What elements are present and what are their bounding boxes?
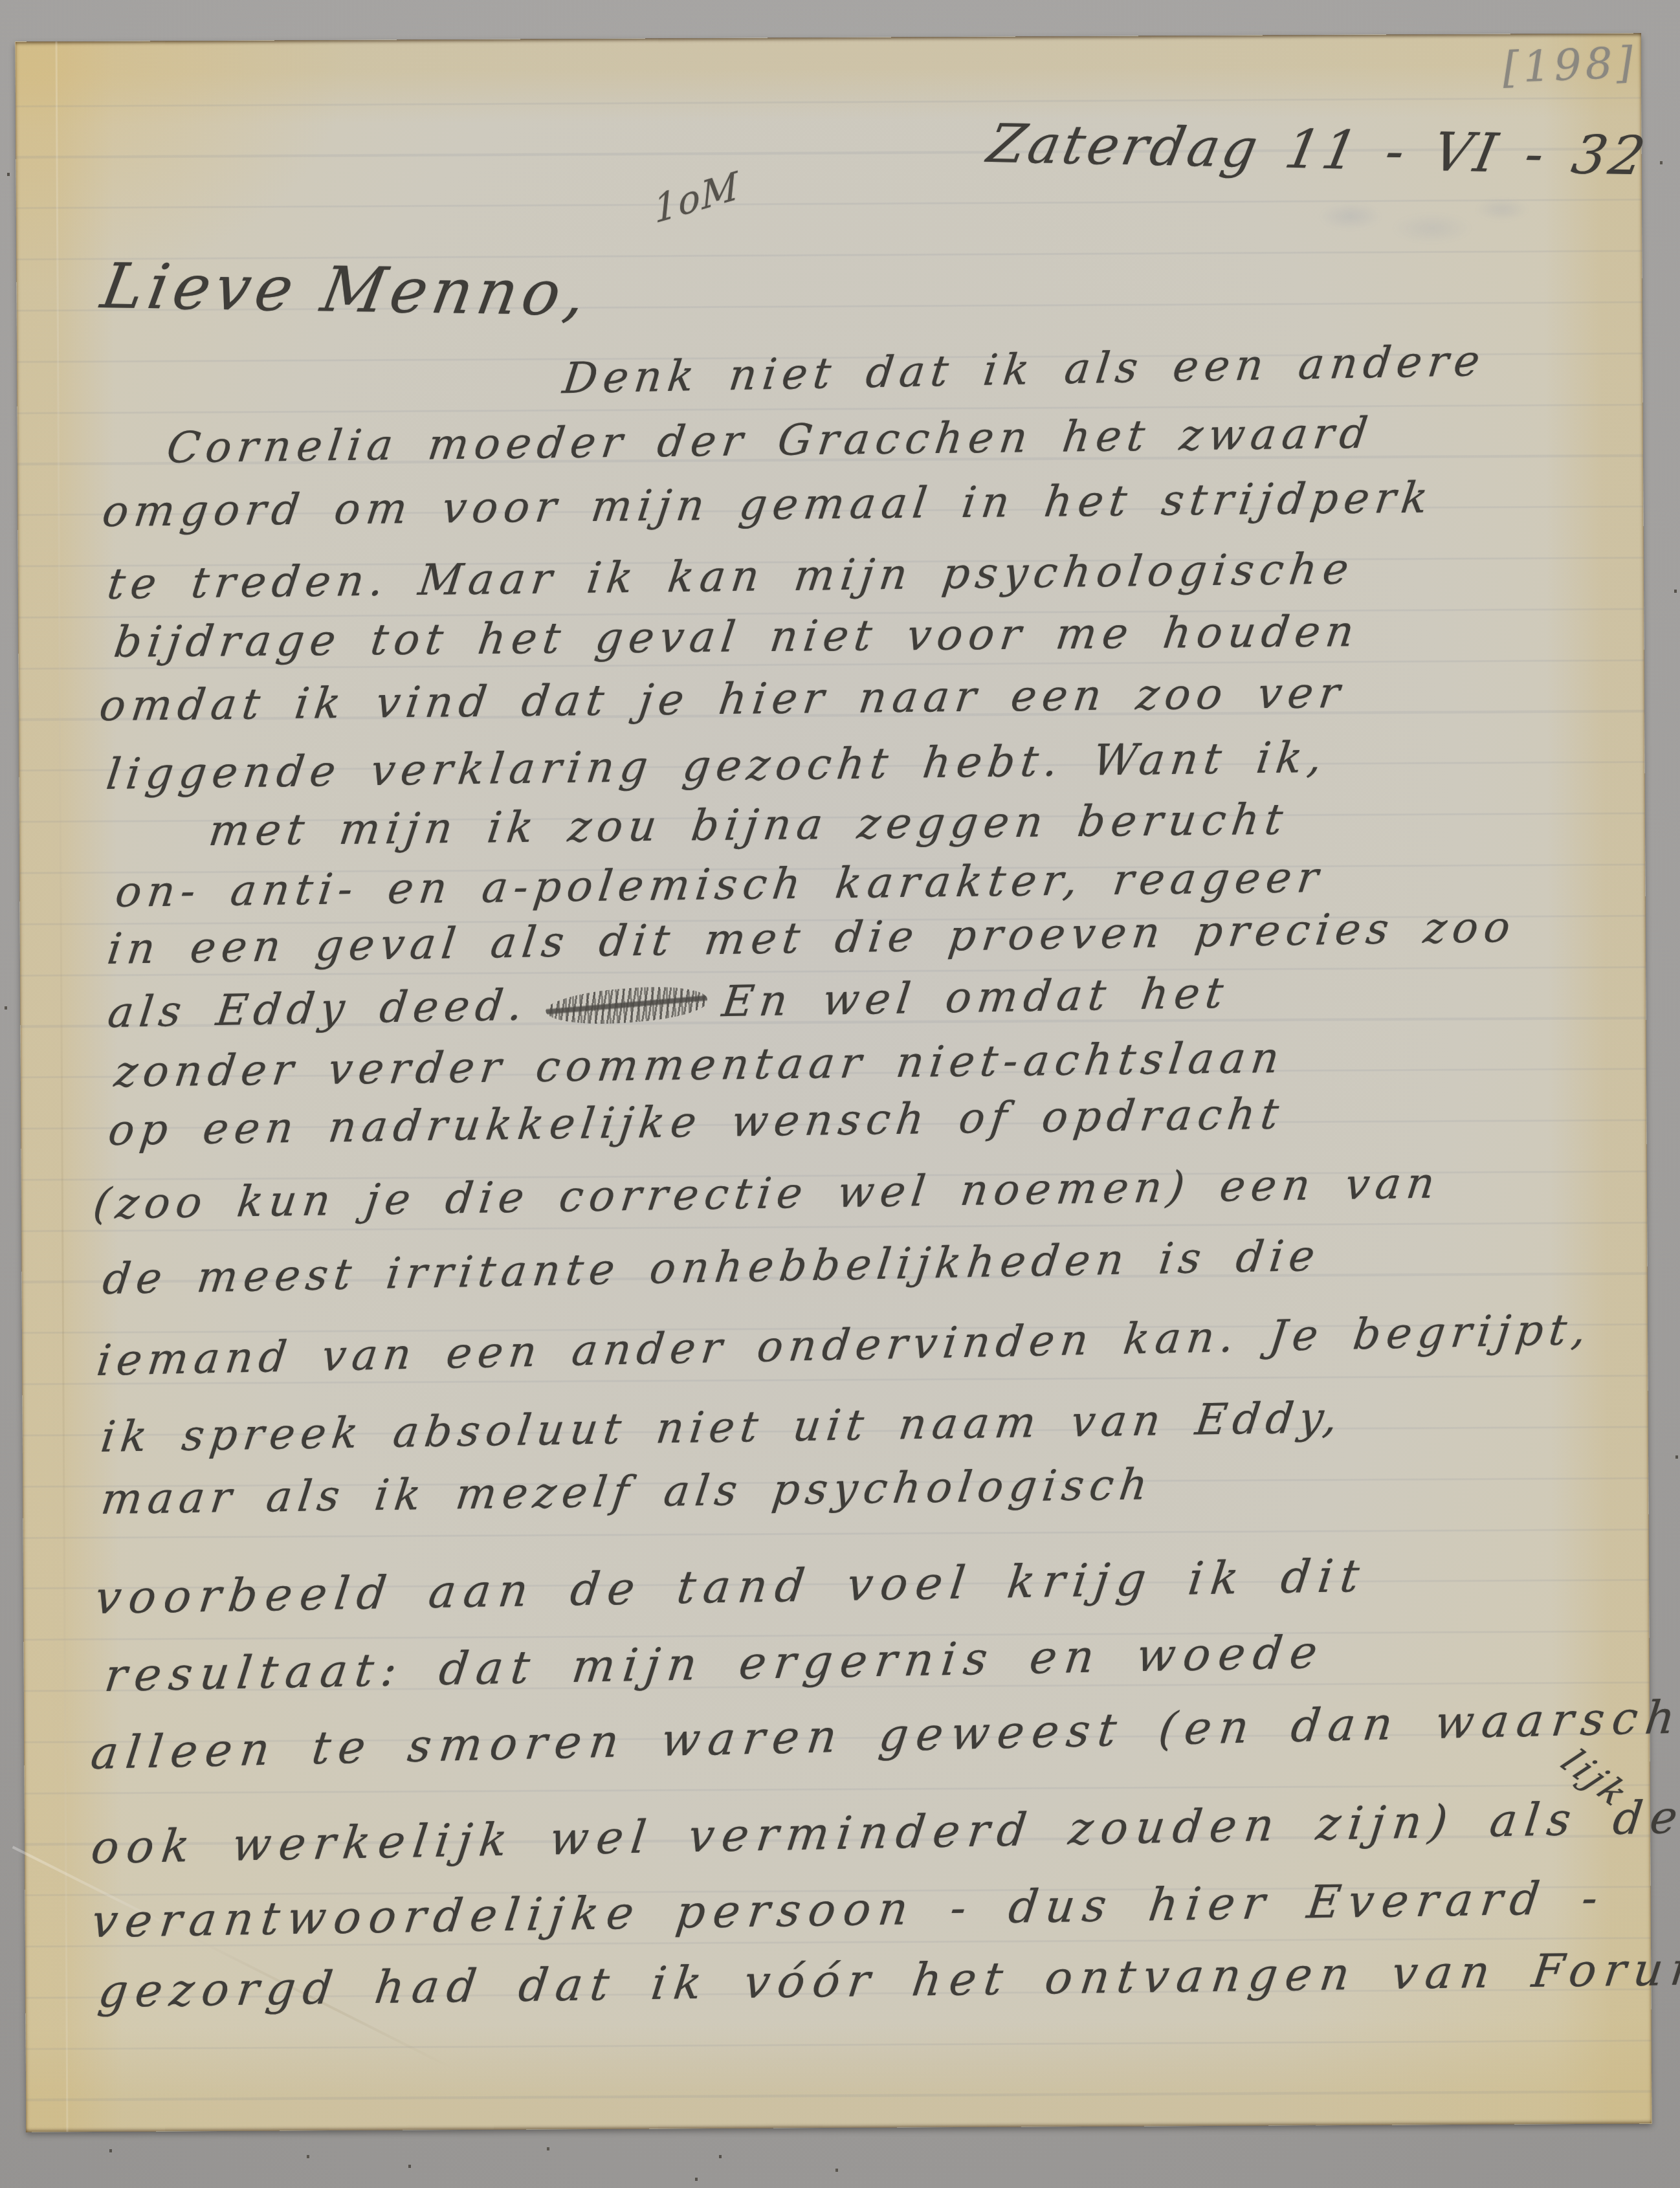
body-line: liggende verklaring gezocht hebt. Want i… [104,736,1330,796]
date-line: Zaterdag 11 - VI - 32 [983,113,1653,188]
paper-crease [56,41,69,2132]
letter-paper: [198] Zaterdag 11 - VI - 32 1oM Lieve Me… [16,33,1652,2132]
archival-page-number: [198] [1501,38,1637,93]
body-line: ook werkelijk wel verminderd zouden zijn… [89,1795,1680,1870]
body-line: bijdrage tot het geval niet voor me houd… [112,610,1362,664]
body-line: voorbeeld aan de tand voel krijg ik dit [93,1553,1369,1620]
body-line: omgord om voor mijn gemaal in het strijd… [100,476,1436,533]
body-line: zonder verder commentaar niet-achtslaan [112,1037,1287,1094]
body-line: ik spreek absoluut niet uit naam van Edd… [98,1397,1345,1459]
struck-out-word [545,981,709,1030]
body-line-text: En wel omdat het [720,968,1232,1027]
body-line: de meest irritante onhebbelijkheden is d… [100,1235,1323,1301]
scanned-letter-page: { "page": { "corner_number": "[198]", "d… [0,0,1680,2188]
body-line: Cornelia moeder der Gracchen het zwaard [164,412,1376,470]
scanner-specks [0,0,1,2]
body-line: maar als ik mezelf als psychologisch [99,1463,1156,1521]
body-line: omdat ik vind dat je hier naar een zoo v… [97,672,1348,727]
body-line: Denk niet dat ik als een andere [560,340,1488,400]
body-line: (zoo kun je die correctie wel noemen) ee… [91,1162,1443,1226]
body-line: resultaat: dat mijn ergernis en woede [102,1630,1327,1698]
body-line: on- anti- en a-polemisch karakter, reage… [113,856,1327,914]
body-line: iemand van een ander ondervinden kan. Je… [94,1309,1594,1382]
body-line: verantwoordelijke persoon - dus hier Eve… [89,1875,1608,1944]
body-line: op een nadrukkelijke wensch of opdracht [106,1093,1287,1152]
salutation: Lieve Menno, [96,250,597,330]
body-line-text: als Eddy deed. [105,980,531,1037]
body-line: in een geval als dit met die proeven pre… [105,906,1518,971]
body-line: gezorgd had dat ik vóór het ontvangen va… [96,1946,1680,2014]
body-line: alleen te smoren waren geweest (en dan w… [89,1692,1680,1776]
body-line: als Eddy deed.En wel omdat het [105,972,1231,1034]
paper-crease [12,1846,453,2069]
body-line: met mijn ik zou bijna zeggen berucht [206,799,1290,852]
body-line: te treden. Maar ik kan mijn psychologisc… [105,547,1356,606]
insertion-mark: 1oM [652,162,741,232]
